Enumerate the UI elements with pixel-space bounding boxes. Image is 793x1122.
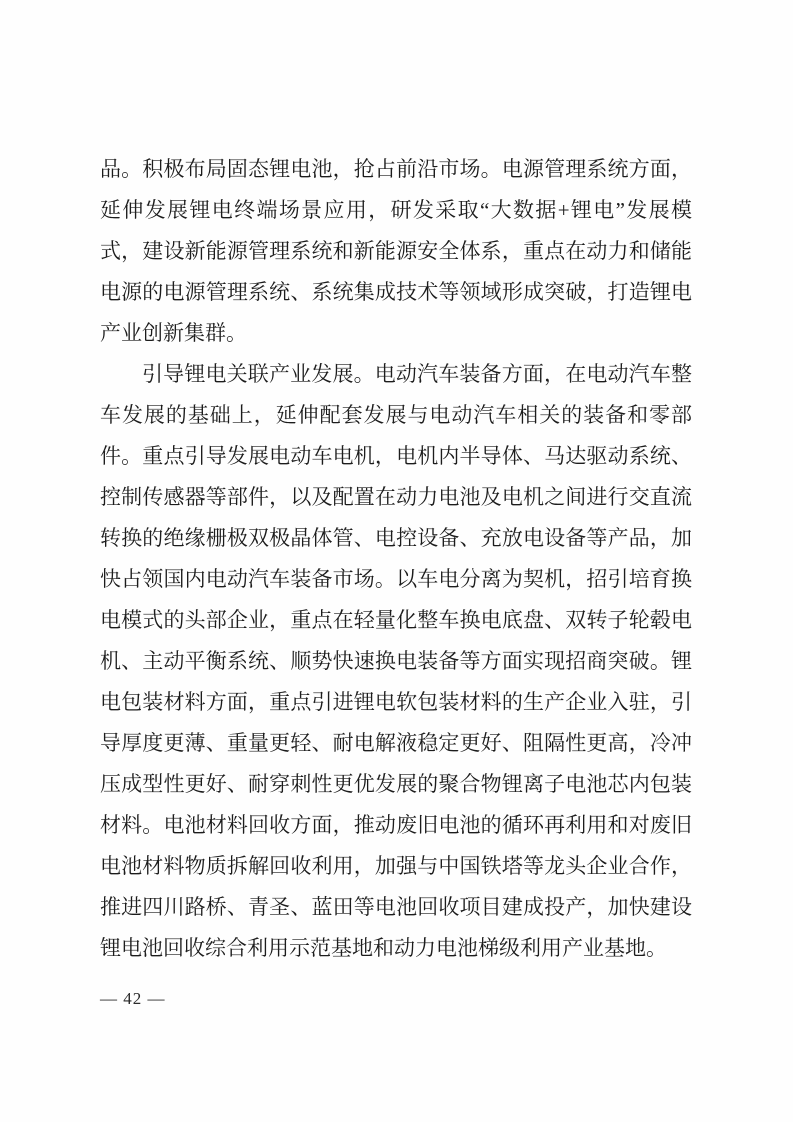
text-line: 式，建设新能源管理系统和新能源安全体系，重点在动力和储能	[100, 231, 692, 272]
text-line: 电模式的头部企业，重点在轻量化整车换电底盘、双转子轮毂电	[100, 600, 692, 641]
text-line: 转换的绝缘栅极双极晶体管、电控设备、充放电设备等产品，加	[100, 518, 692, 559]
text-line: 压成型性更好、耐穿刺性更优发展的聚合物锂离子电池芯内包装	[100, 764, 692, 805]
text-line: 电源的电源管理系统、系统集成技术等领域形成突破，打造锂电	[100, 272, 692, 313]
text-line: 控制传感器等部件，以及配置在动力电池及电机之间进行交直流	[100, 477, 692, 518]
text-line: 车发展的基础上，延伸配套发展与电动汽车相关的装备和零部	[100, 395, 692, 436]
text-line: 延伸发展锂电终端场景应用，研发采取“大数据+锂电”发展模	[100, 190, 692, 231]
text-line: 机、主动平衡系统、顺势快速换电装备等方面实现招商突破。锂	[100, 641, 692, 682]
text-line: 导厚度更薄、重量更轻、耐电解液稳定更好、阻隔性更高，冷冲	[100, 723, 692, 764]
text-line: 推进四川路桥、青圣、蓝田等电池回收项目建成投产，加快建设	[100, 887, 692, 928]
text-line: 电池材料物质拆解回收利用，加强与中国铁塔等龙头企业合作，	[100, 846, 692, 887]
text-line: 品。积极布局固态锂电池，抢占前沿市场。电源管理系统方面，	[100, 149, 692, 190]
text-line: 产业创新集群。	[100, 313, 692, 354]
text-line: 材料。电池材料回收方面，推动废旧电池的循环再利用和对废旧	[100, 805, 692, 846]
text-line: 电包装材料方面，重点引进锂电软包装材料的生产企业入驻，引	[100, 682, 692, 723]
text-line: 快占领国内电动汽车装备市场。以车电分离为契机，招引培育换	[100, 559, 692, 600]
text-line: 件。重点引导发展电动车电机，电机内半导体、马达驱动系统、	[100, 436, 692, 477]
paragraph: 品。积极布局固态锂电池，抢占前沿市场。电源管理系统方面， 延伸发展锂电终端场景应…	[100, 149, 692, 354]
body-text: 品。积极布局固态锂电池，抢占前沿市场。电源管理系统方面， 延伸发展锂电终端场景应…	[100, 149, 692, 969]
text-line: 锂电池回收综合利用示范基地和动力电池梯级利用产业基地。	[100, 928, 692, 969]
text-line: 引导锂电关联产业发展。电动汽车装备方面，在电动汽车整	[100, 354, 692, 395]
paragraph: 引导锂电关联产业发展。电动汽车装备方面，在电动汽车整 车发展的基础上，延伸配套发…	[100, 354, 692, 969]
page-number: — 42 —	[100, 988, 166, 1010]
document-page: 品。积极布局固态锂电池，抢占前沿市场。电源管理系统方面， 延伸发展锂电终端场景应…	[0, 0, 793, 1122]
